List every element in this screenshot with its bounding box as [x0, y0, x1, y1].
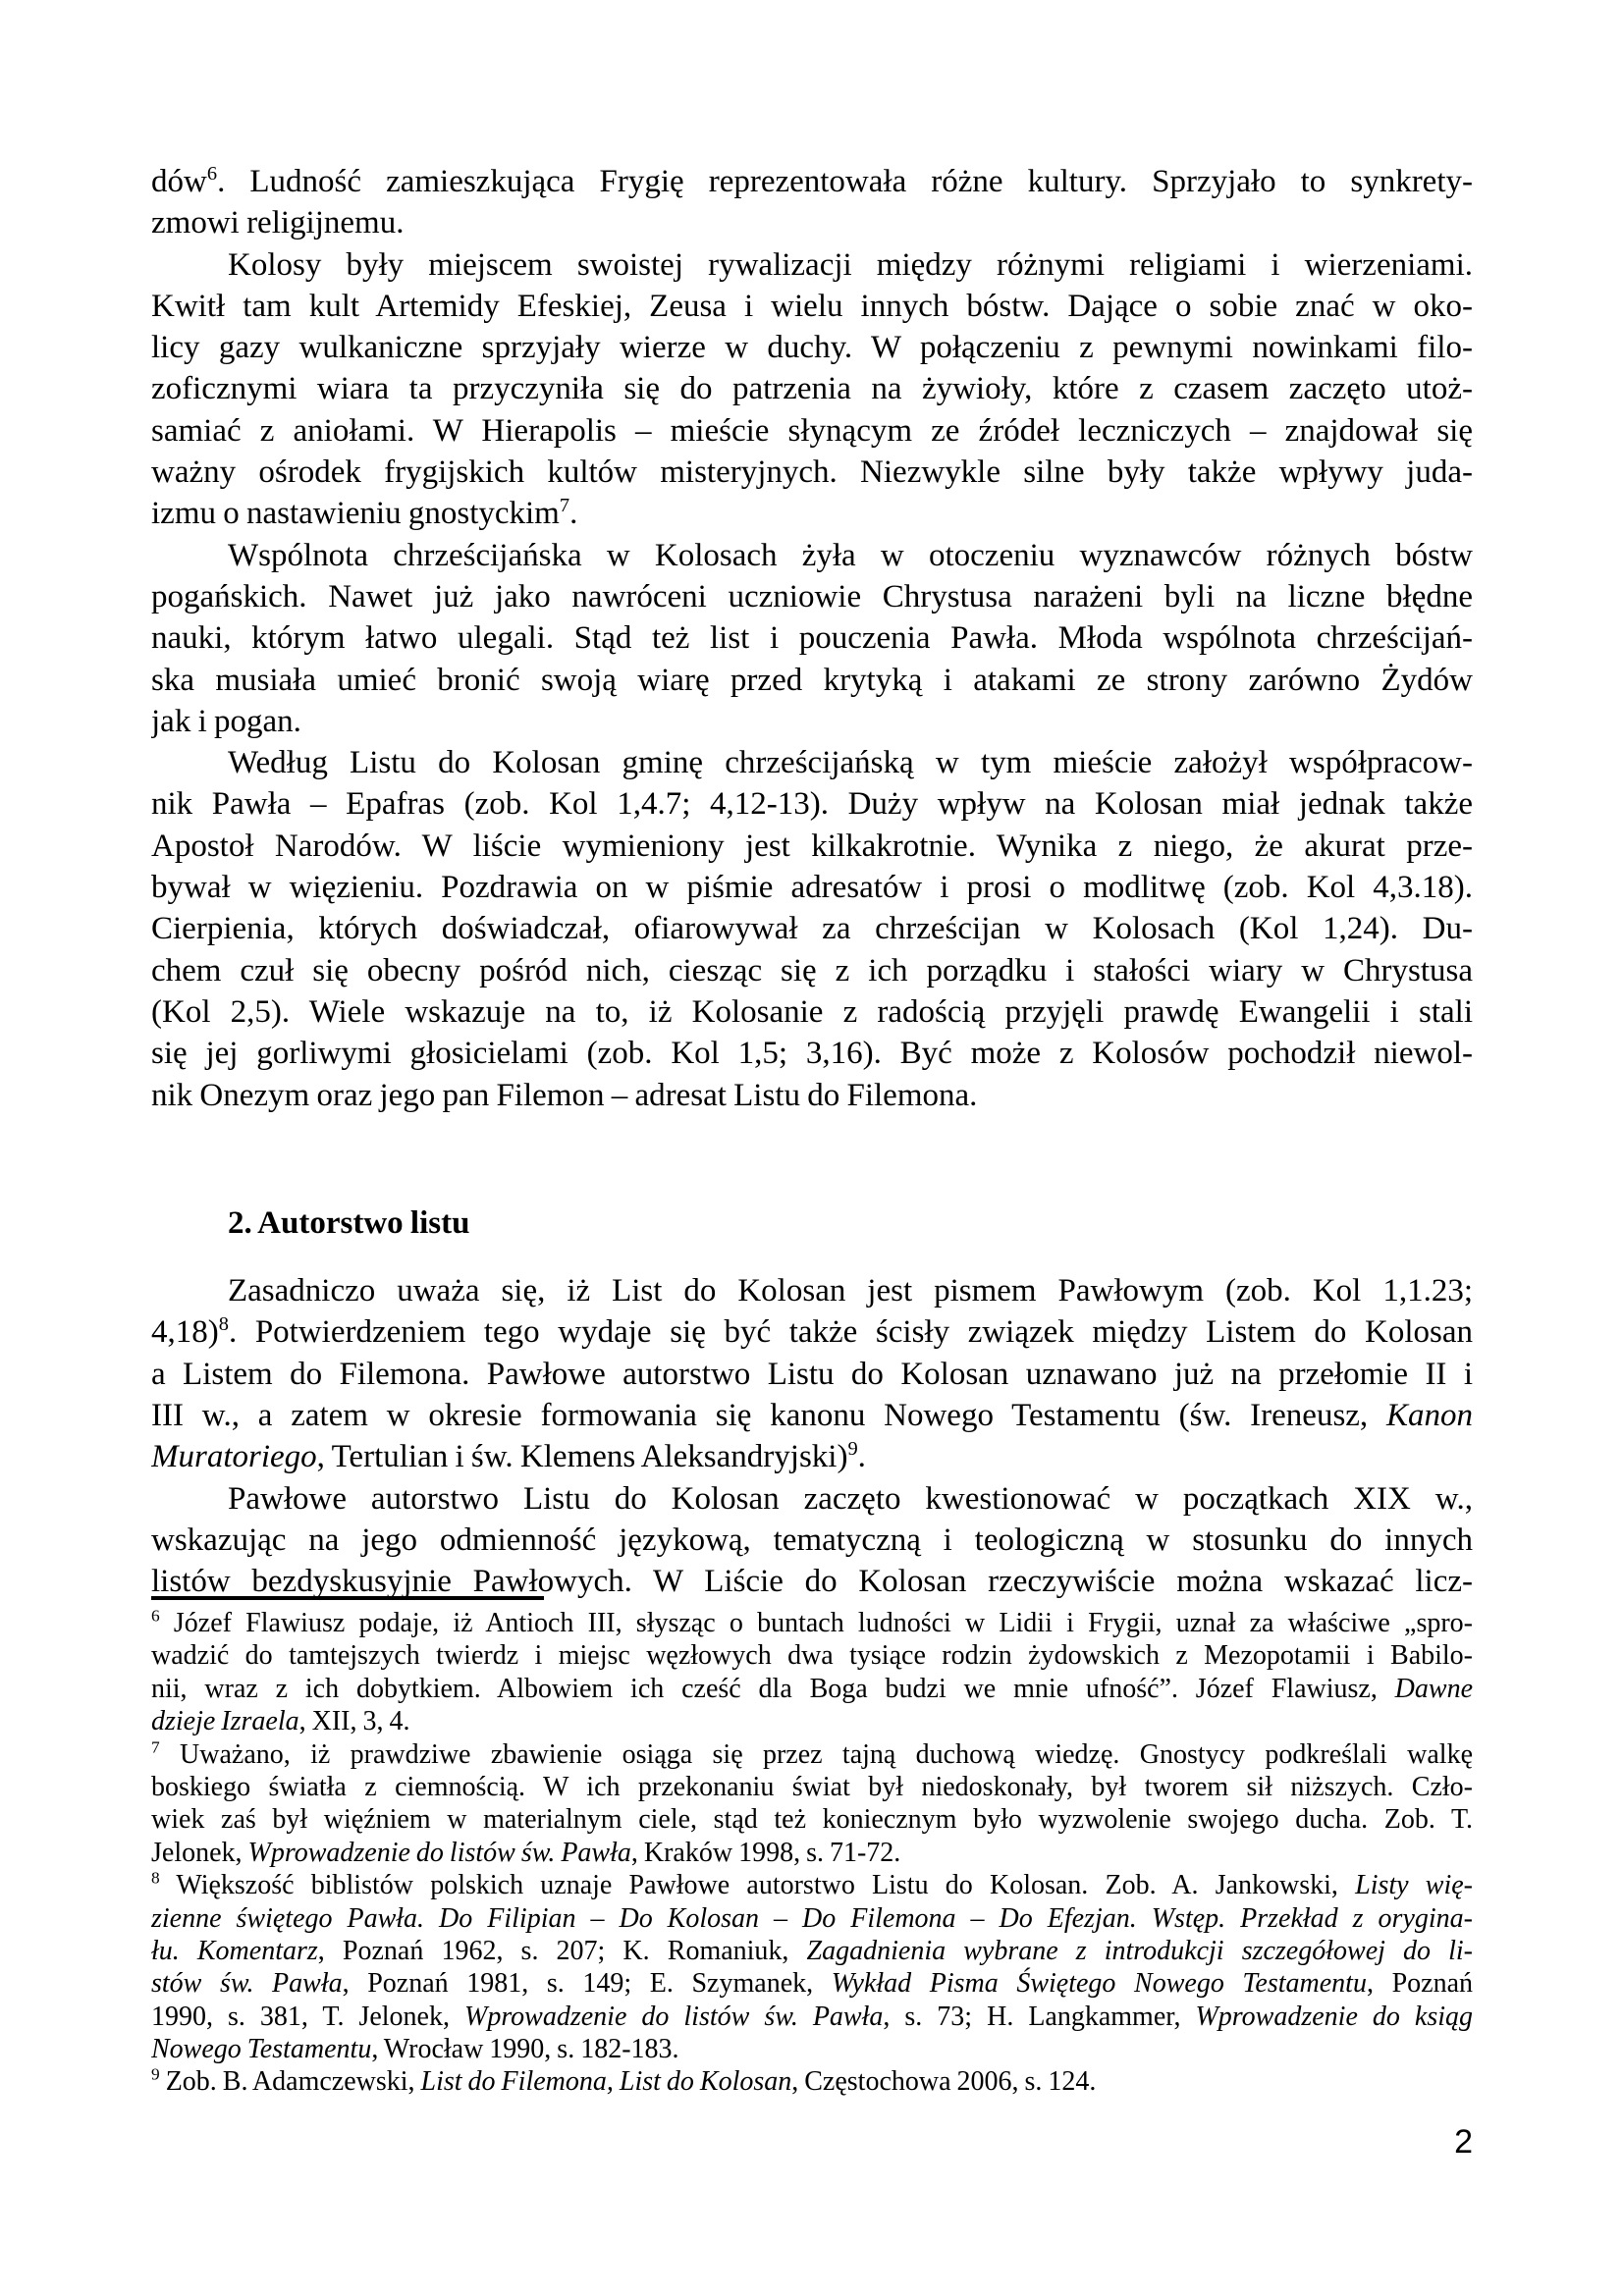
text-line: bywał w więzieniu. Pozdrawia on w piśmie…: [151, 867, 1473, 908]
text-line: zienne świętego Pawła. Do Filipian – Do …: [151, 1902, 1473, 1935]
text-line: a Listem do Filemona. Pawłowe autorstwo …: [151, 1354, 1473, 1395]
text-line: Kolosy były miejscem swoistej rywalizacj…: [151, 244, 1473, 286]
text-line: nauki, którym łatwo ulegali. Stąd też li…: [151, 617, 1473, 659]
footnote-reference-superscript: 9: [847, 1438, 857, 1460]
emphasis-text: Nowego Testamentu: [151, 2034, 371, 2064]
emphasis-text: Wykład Pisma Świętego Nowego Testamentu: [832, 1968, 1367, 1999]
footnote-reference-superscript: 8: [219, 1313, 229, 1335]
footnote-reference-superscript: 9: [151, 2065, 160, 2084]
footnote-reference-superscript: 6: [151, 1607, 160, 1626]
footnote: 9 Zob. B. Adamczewski, List do Filemona,…: [151, 2065, 1473, 2098]
page-number: 2: [1454, 2125, 1473, 2159]
emphasis-text: zienne świętego Pawła. Do Filipian – Do …: [151, 1903, 1473, 1934]
text-line: boskiego światła z ciemnością. W ich prz…: [151, 1771, 1473, 1803]
text-line: 6 Józef Flawiusz podaje, iż Antioch III,…: [151, 1607, 1473, 1639]
emphasis-text: Wprowadzenie do listów św. Pawła: [464, 2002, 883, 2032]
text-line: wskazując na jego odmienność językową, t…: [151, 1520, 1473, 1561]
text-line: Apostoł Narodów. W liście wymieniony jes…: [151, 826, 1473, 867]
text-line: łu. Komentarz, Poznań 1962, s. 207; K. R…: [151, 1935, 1473, 1967]
text-line: 7 Uważano, iż prawdziwe zbawienie osiąga…: [151, 1738, 1473, 1771]
text-line: 4,18)8. Potwierdzeniem tego wydaje się b…: [151, 1311, 1473, 1353]
text-line: wiek zaś był więźniem w materialnym ciel…: [151, 1803, 1473, 1836]
emphasis-text: łu. Komentarz: [151, 1936, 318, 1966]
text-line: jak i pogan.: [151, 701, 1473, 742]
footnote-separator: [151, 1596, 544, 1600]
body-paragraph: Według Listu do Kolosan gminę chrześcija…: [151, 742, 1473, 1116]
emphasis-text: Muratoriego: [151, 1439, 317, 1474]
text-line: wadzić do tamtejszych twierdz i miejsc w…: [151, 1639, 1473, 1672]
emphasis-text: Zagadnienia wybrane z introdukcji szczeg…: [807, 1936, 1473, 1966]
text-line: Jelonek, Wprowadzenie do listów św. Pawł…: [151, 1837, 1473, 1869]
text-line: dzieje Izraela, XII, 3, 4.: [151, 1705, 1473, 1737]
footnote: 7 Uważano, iż prawdziwe zbawienie osiąga…: [151, 1738, 1473, 1870]
body-paragraph: Kolosy były miejscem swoistej rywalizacj…: [151, 244, 1473, 535]
footnote-reference-superscript: 7: [560, 495, 569, 516]
document-page: dów6. Ludność zamieszkująca Frygię repre…: [0, 0, 1623, 2296]
emphasis-text: Wprowadzenie do ksiąg: [1195, 2002, 1473, 2032]
body-paragraph: dów6. Ludność zamieszkująca Frygię repre…: [151, 161, 1473, 244]
body-paragraph: Pawłowe autorstwo Listu do Kolosan zaczę…: [151, 1478, 1473, 1603]
section-heading: 2. Autorstwo listu: [151, 1202, 1473, 1244]
footnote-reference-superscript: 7: [151, 1738, 160, 1757]
emphasis-text: dzieje Izraela: [151, 1706, 299, 1736]
emphasis-text: Listy wię-: [1355, 1870, 1473, 1900]
footnote-reference-superscript: 6: [207, 163, 217, 185]
text-line: III w., a zatem w okresie formowania się…: [151, 1395, 1473, 1436]
emphasis-text: stów św. Pawła: [151, 1968, 343, 1999]
text-line: ważny ośrodek frygijskich kultów mistery…: [151, 452, 1473, 493]
text-line: zoficznymi wiara ta przyczyniła się do p…: [151, 368, 1473, 409]
text-line: licy gazy wulkaniczne sprzyjały wierze w…: [151, 327, 1473, 368]
body-paragraph: Zasadniczo uważa się, iż List do Kolosan…: [151, 1270, 1473, 1477]
text-line: Cierpienia, których doświadczał, ofiarow…: [151, 908, 1473, 949]
text-line: izmu o nastawieniu gnostyckim7.: [151, 493, 1473, 534]
text-line: Wspólnota chrześcijańska w Kolosach żyła…: [151, 535, 1473, 576]
text-line: samiać z aniołami. W Hierapolis – mieści…: [151, 410, 1473, 452]
emphasis-text: Wprowadzenie do listów św. Pawła: [248, 1838, 631, 1868]
text-line: 9 Zob. B. Adamczewski, List do Filemona,…: [151, 2065, 1473, 2098]
text-line: nii, wraz z ich dobytkiem. Albowiem ich …: [151, 1673, 1473, 1705]
text-line: stów św. Pawła, Poznań 1981, s. 149; E. …: [151, 1967, 1473, 2000]
text-line: się jej gorliwymi głosicielami (zob. Kol…: [151, 1033, 1473, 1074]
body-paragraph: Wspólnota chrześcijańska w Kolosach żyła…: [151, 535, 1473, 742]
main-text: dów6. Ludność zamieszkująca Frygię repre…: [151, 161, 1473, 1603]
text-line: Pawłowe autorstwo Listu do Kolosan zaczę…: [151, 1478, 1473, 1520]
emphasis-text: Kanon: [1386, 1398, 1473, 1433]
text-line: Według Listu do Kolosan gminę chrześcija…: [151, 742, 1473, 783]
footnote-reference-superscript: 8: [151, 1869, 160, 1888]
text-line: Muratoriego, Tertulian i św. Klemens Ale…: [151, 1436, 1473, 1477]
text-line: 8 Większość biblistów polskich uznaje Pa…: [151, 1869, 1473, 1901]
text-line: dów6. Ludność zamieszkująca Frygię repre…: [151, 161, 1473, 202]
text-line: nik Onezym oraz jego pan Filemon – adres…: [151, 1075, 1473, 1116]
footnote: 6 Józef Flawiusz podaje, iż Antioch III,…: [151, 1607, 1473, 1738]
text-line: zmowi religijnemu.: [151, 202, 1473, 243]
text-line: chem czuł się obecny pośród nich, cieszą…: [151, 950, 1473, 991]
footnote: 8 Większość biblistów polskich uznaje Pa…: [151, 1869, 1473, 2065]
emphasis-text: Dawne: [1395, 1674, 1473, 1704]
text-line: pogańskich. Nawet już jako nawróceni ucz…: [151, 576, 1473, 617]
text-line: Kwitł tam kult Artemidy Efeskiej, Zeusa …: [151, 286, 1473, 327]
text-line: (Kol 2,5). Wiele wskazuje na to, iż Kolo…: [151, 991, 1473, 1033]
text-line: Zasadniczo uważa się, iż List do Kolosan…: [151, 1270, 1473, 1311]
text-line: ska musiała umieć bronić swoją wiarę prz…: [151, 660, 1473, 701]
text-line: Nowego Testamentu, Wrocław 1990, s. 182-…: [151, 2033, 1473, 2065]
text-line: 1990, s. 381, T. Jelonek, Wprowadzenie d…: [151, 2001, 1473, 2033]
emphasis-text: List do Filemona, List do Kolosan: [421, 2066, 792, 2097]
footnotes: 6 Józef Flawiusz podaje, iż Antioch III,…: [151, 1607, 1473, 2099]
text-line: nik Pawła – Epafras (zob. Kol 1,4.7; 4,1…: [151, 783, 1473, 825]
